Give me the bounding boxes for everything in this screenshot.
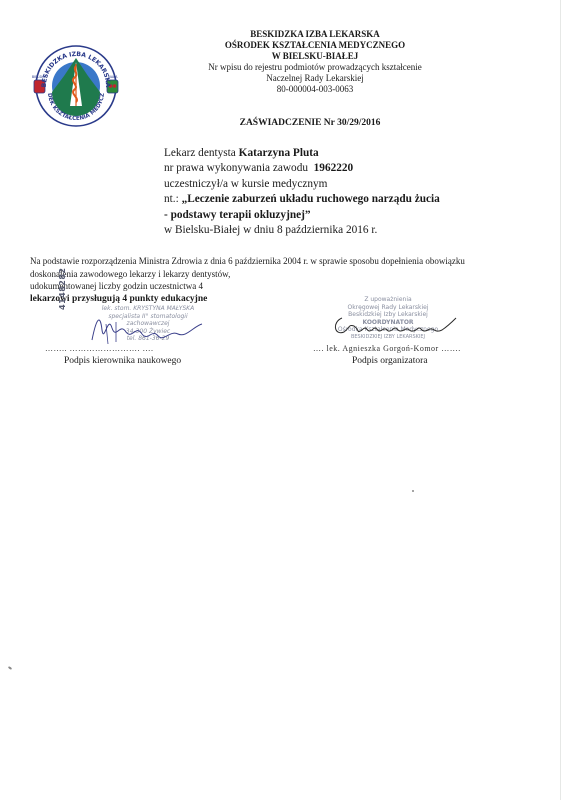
course-line-1: nt.: „Leczenie zaburzeń układu ruchowego… [164,192,440,207]
participation-line: uczestniczył/a w kursie medycznym [164,177,440,192]
course-prefix: nt.: [164,193,179,205]
certificate-body: Lekarz dentysta Katarzyna Pluta nr prawa… [164,146,440,238]
institution-header: BESKIDZKA IZBA LEKARSKA OŚRODEK KSZTAŁCE… [150,29,480,95]
right-signature-icon [330,312,465,340]
center-city: W BIELSKU-BIAŁEJ [150,51,480,62]
course-title-2: - podstawy terapii okluzyjnej” [164,208,440,223]
legal-line-1: Na podstawie rozporządzenia Ministra Zdr… [30,255,550,268]
recipient-prefix: Lekarz dentysta [164,147,236,159]
stamp-line: Z upoważnienia [318,296,458,304]
org-name: BESKIDZKA IZBA LEKARSKA [150,29,480,40]
left-signature-icon [86,310,206,346]
registry-line-1: Nr wpisu do rejestru podmiotów prowadząc… [150,62,480,73]
recipient-name: Katarzyna Pluta [239,147,319,159]
organizer-name-dots: …. lek. Agnieszka Gorgoń-Komor ……. [313,344,461,353]
certificate-title: ZAŚWIADCZENIE Nr 30/29/2016 [150,118,470,128]
scan-speck [8,666,12,670]
legal-line-4: lekarzowi przysługują 4 punkty edukacyjn… [30,293,550,306]
recipient-line: Lekarz dentysta Katarzyna Pluta [164,146,440,161]
legal-basis: Na podstawie rozporządzenia Ministra Zdr… [30,255,550,305]
registry-number: 80-000004-003-0063 [150,84,480,95]
legal-line-2: doskonalenia zawodowego lekarzy i lekarz… [30,268,550,281]
page-edge-line [560,0,561,800]
registry-line-2: Naczelnej Rady Lekarskiej [150,73,480,84]
scientific-director-signature-label: Podpis kierownika naukowego [64,356,181,366]
stamp-code: 4148282 [58,268,67,310]
organizer-signature-label: Podpis organizatora [352,356,428,366]
scan-speck [412,490,414,492]
course-title-1: „Leczenie zaburzeń układu ruchowego narz… [182,193,440,205]
license-line: nr prawa wykonywania zawodu 1962220 [164,161,440,176]
center-name: OŚRODEK KSZTAŁCENIA MEDYCZNEGO [150,40,480,51]
left-dots: …….. ……………………. …. [45,344,154,353]
license-number: 1962220 [314,162,354,174]
legal-line-3: udokumentowanej liczby godzin uczestnict… [30,280,550,293]
chamber-logo: BESKIDZKA IZBA LEKARSKA OŚRODEK KSZTAŁCE… [28,40,124,130]
caduceus-mountain-emblem-icon: BESKIDZKA IZBA LEKARSKA OŚRODEK KSZTAŁCE… [28,40,124,130]
place-date: w Bielsku-Białej w dniu 8 października 2… [164,223,440,238]
stamp-line: Okręgowej Rady Lekarskiej [318,304,458,312]
license-label: nr prawa wykonywania zawodu [164,162,308,174]
svg-text:BIAŁA: BIAŁA [108,75,119,79]
svg-text:BIELSKO: BIELSKO [32,75,47,79]
